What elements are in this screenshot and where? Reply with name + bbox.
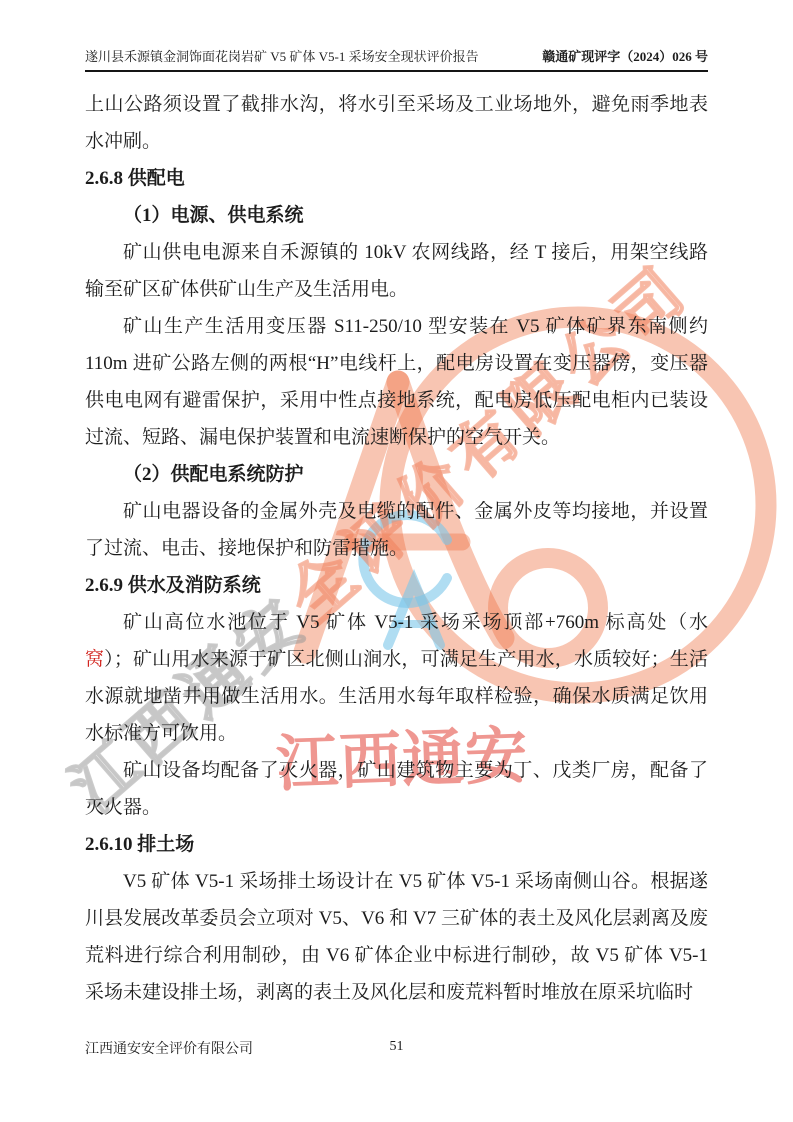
paragraph-electrical-protection: 矿山电器设备的金属外壳及电缆的配件、金属外皮等均接地，并设置了过流、电击、接地保… xyxy=(85,493,708,567)
paragraph-power-source: 矿山供电电源来自禾源镇的 10kV 农网线路，经 T 接后，用架空线路输至矿区矿… xyxy=(85,234,708,308)
page-number: 51 xyxy=(85,1039,708,1055)
heading-2-6-10: 2.6.10 排土场 xyxy=(85,826,708,863)
page-header: 遂川县禾源镇金洞饰面花岗岩矿 V5 矿体 V5-1 采场安全现状评价报告 赣通矿… xyxy=(85,46,708,72)
water-supply-red-char: 窝 xyxy=(85,649,104,670)
report-title: 遂川县禾源镇金洞饰面花岗岩矿 V5 矿体 V5-1 采场安全现状评价报告 xyxy=(85,46,479,65)
paragraph-water-supply: 矿山高位水池位于 V5 矿体 V5-1 采场采场顶部+760m 标高处（水窝）；… xyxy=(85,604,708,752)
water-supply-text-post: ）；矿山用水来源于矿区北侧山涧水，可满足生产用水，水质较好；生活水源就地凿井用做… xyxy=(85,649,708,744)
paragraph-road-drainage: 上山公路须设置了截排水沟，将水引至采场及工业场地外，避免雨季地表水冲刷。 xyxy=(85,86,708,160)
subheading-power-system: （1）电源、供电系统 xyxy=(85,197,708,234)
heading-2-6-8: 2.6.8 供配电 xyxy=(85,160,708,197)
paragraph-dump-site: V5 矿体 V5-1 采场排土场设计在 V5 矿体 V5-1 采场南侧山谷。根据… xyxy=(85,863,708,1011)
document-body: 上山公路须设置了截排水沟，将水引至采场及工业场地外，避免雨季地表水冲刷。 2.6… xyxy=(85,86,708,1011)
water-supply-text-pre: 矿山高位水池位于 V5 矿体 V5-1 采场采场顶部+760m 标高处（水 xyxy=(123,612,708,633)
subheading-power-protection: （2）供配电系统防护 xyxy=(85,456,708,493)
document-page: 江西通安全评价有限公司 江西通安 遂川县禾源镇金洞饰面花岗岩矿 V5 矿体 V5… xyxy=(0,0,793,1122)
paragraph-transformer: 矿山生产生活用变压器 S11-250/10 型安装在 V5 矿体矿界东南侧约 1… xyxy=(85,308,708,456)
paragraph-fire-extinguishers: 矿山设备均配备了灭火器，矿山建筑物主要为丁、戊类厂房，配备了灭火器。 xyxy=(85,752,708,826)
document-number: 赣通矿现评字（2024）026 号 xyxy=(542,46,708,65)
heading-2-6-9: 2.6.9 供水及消防系统 xyxy=(85,567,708,604)
